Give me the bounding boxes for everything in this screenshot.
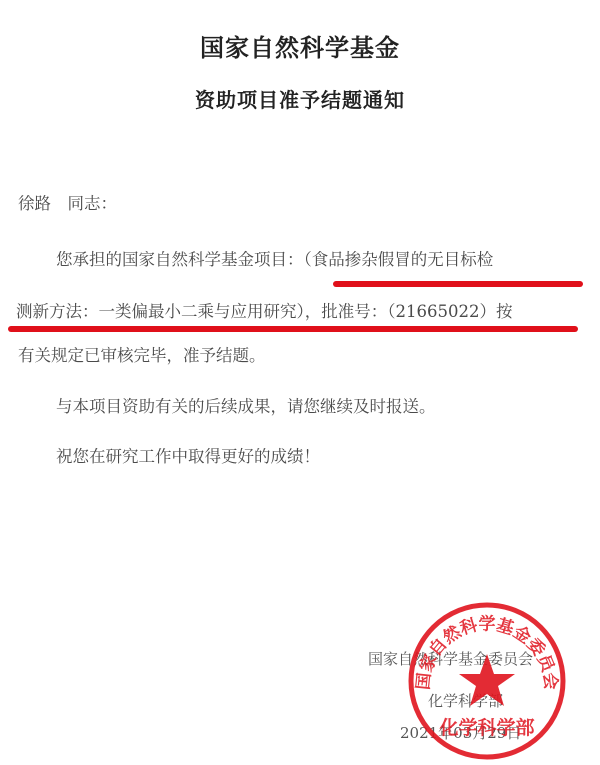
document-subtitle: 资助项目准予结题通知 [0,84,600,113]
paragraph2: 与本项目资助有关的后续成果，请您继续及时报送。 [56,393,436,417]
salutation: 徐路 同志： [18,190,117,214]
paragraph3: 祝您在研究工作中取得更好的成绩！ [56,443,320,467]
paragraph1-line3: 有关规定已审核完毕，准予结题。 [18,342,266,366]
document-title: 国家自然科学基金 [0,28,600,63]
highlight-underline-1 [333,281,583,287]
paragraph1-line1: 您承担的国家自然科学基金项目：（食品掺杂假冒的无目标检 [56,246,493,270]
official-seal-icon: 国家自然科学基金委员会 化学科学部 [402,596,572,765]
svg-text:化学科学部: 化学科学部 [438,716,534,739]
paragraph1-line2: 测新方法：一类偏最小二乘与应用研究），批准号：（21665022）按 [16,298,512,322]
highlight-underline-2 [8,326,578,332]
